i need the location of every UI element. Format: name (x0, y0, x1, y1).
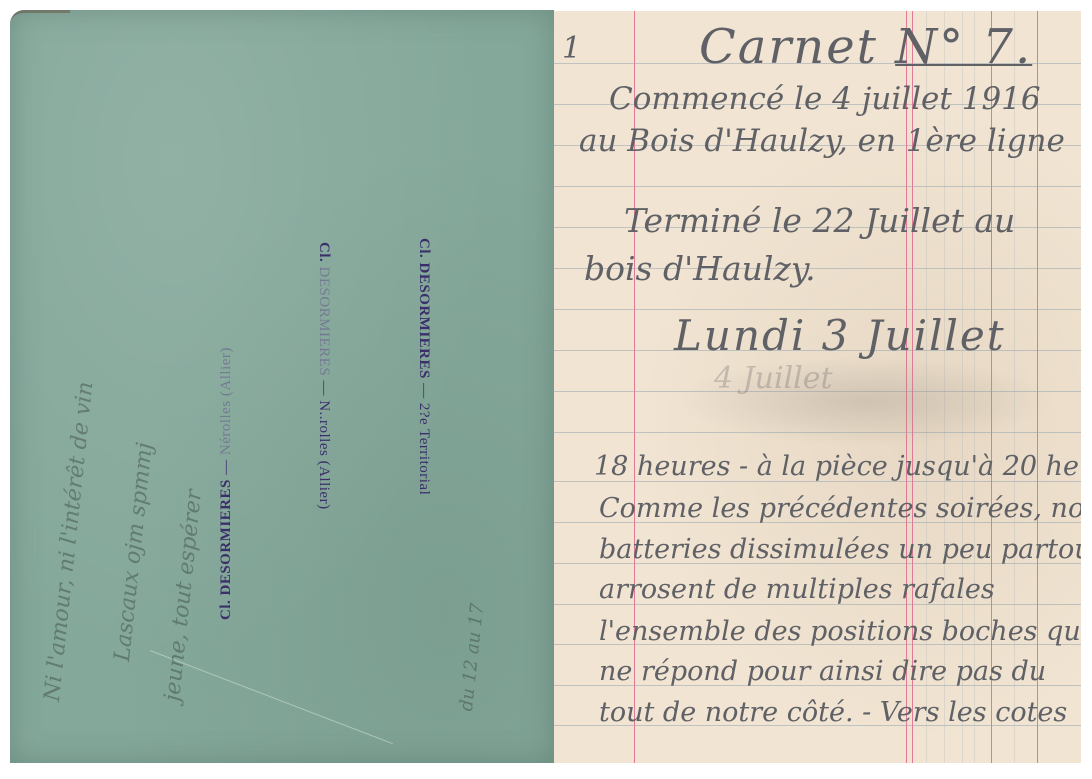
cover-edge-wear (10, 10, 70, 33)
entry-line: batteries dissimulées un peu partout (599, 534, 1081, 565)
owner-stamp-nerolles: Cl. DESORMIERES — Nérolles (Allier) (218, 347, 235, 620)
end-date-line: Terminé le 22 Juillet au (624, 201, 1015, 240)
owner-stamp-territorial: Cl. DESORMIERES — 2?e Territorial (415, 238, 432, 495)
stamp-name: DESORMIERES (218, 479, 234, 595)
owner-stamp-smudged: Cl. DESORMIERES — N..rolles (Allier) (315, 242, 332, 510)
entry-line: tout de notre côté. - Vers les cotes (599, 697, 1067, 728)
erased-text: 4 Juillet (714, 361, 833, 396)
notebook-photo: Cl. DESORMIERES — 2?e Territorial Cl. DE… (0, 0, 1092, 779)
entry-date-heading: Lundi 3 Juillet (674, 311, 1006, 360)
title-number: N° 7. (895, 19, 1032, 75)
end-location-line: bois d'Haulzy. (584, 249, 816, 288)
stamp-separator: — (316, 380, 332, 396)
stamp-prefix: Cl. (218, 600, 234, 620)
entry-line: arrosent de multiples rafales (599, 574, 995, 605)
start-date-line: Commencé le 4 juillet 1916 (609, 81, 1041, 117)
cover-handwriting: du 12 au 17 (456, 602, 488, 712)
cover-handwriting: Ni l'amour, ni l'intérêt de vin (40, 380, 98, 702)
diary-page: 1 Carnet N° 7. Commencé le 4 juillet 191… (554, 11, 1081, 763)
stamp-prefix: Cl. (316, 242, 332, 262)
stamp-suffix: 2?e Territorial (416, 403, 432, 495)
stamp-separator: — (416, 383, 432, 399)
cover-handwriting: Lascaux ojm spmmj (110, 441, 158, 662)
page-number: 1 (562, 31, 581, 66)
title-word: Carnet (699, 19, 878, 75)
stamp-name: DESORMIERES (316, 267, 332, 377)
entry-line: Comme les précédentes soirées, nos (599, 493, 1081, 524)
stamp-name: DESORMIERES (416, 263, 432, 379)
entry-line: l'ensemble des positions boches qui (599, 616, 1081, 647)
stamp-prefix: Cl. (416, 238, 432, 258)
notebook-title: Carnet N° 7. (699, 19, 1032, 75)
stamp-separator: — (218, 459, 234, 475)
entry-line: 18 heures - à la pièce jusqu'à 20 heures (594, 451, 1081, 482)
entry-line: ne répond pour ainsi dire pas du (599, 656, 1046, 687)
stamp-suffix: Nérolles (Allier) (218, 347, 234, 455)
stamp-suffix: N..rolles (Allier) (316, 400, 332, 509)
notebook-cover: Cl. DESORMIERES — 2?e Territorial Cl. DE… (10, 10, 554, 763)
start-location-line: au Bois d'Haulzy, en 1ère ligne (579, 123, 1065, 159)
